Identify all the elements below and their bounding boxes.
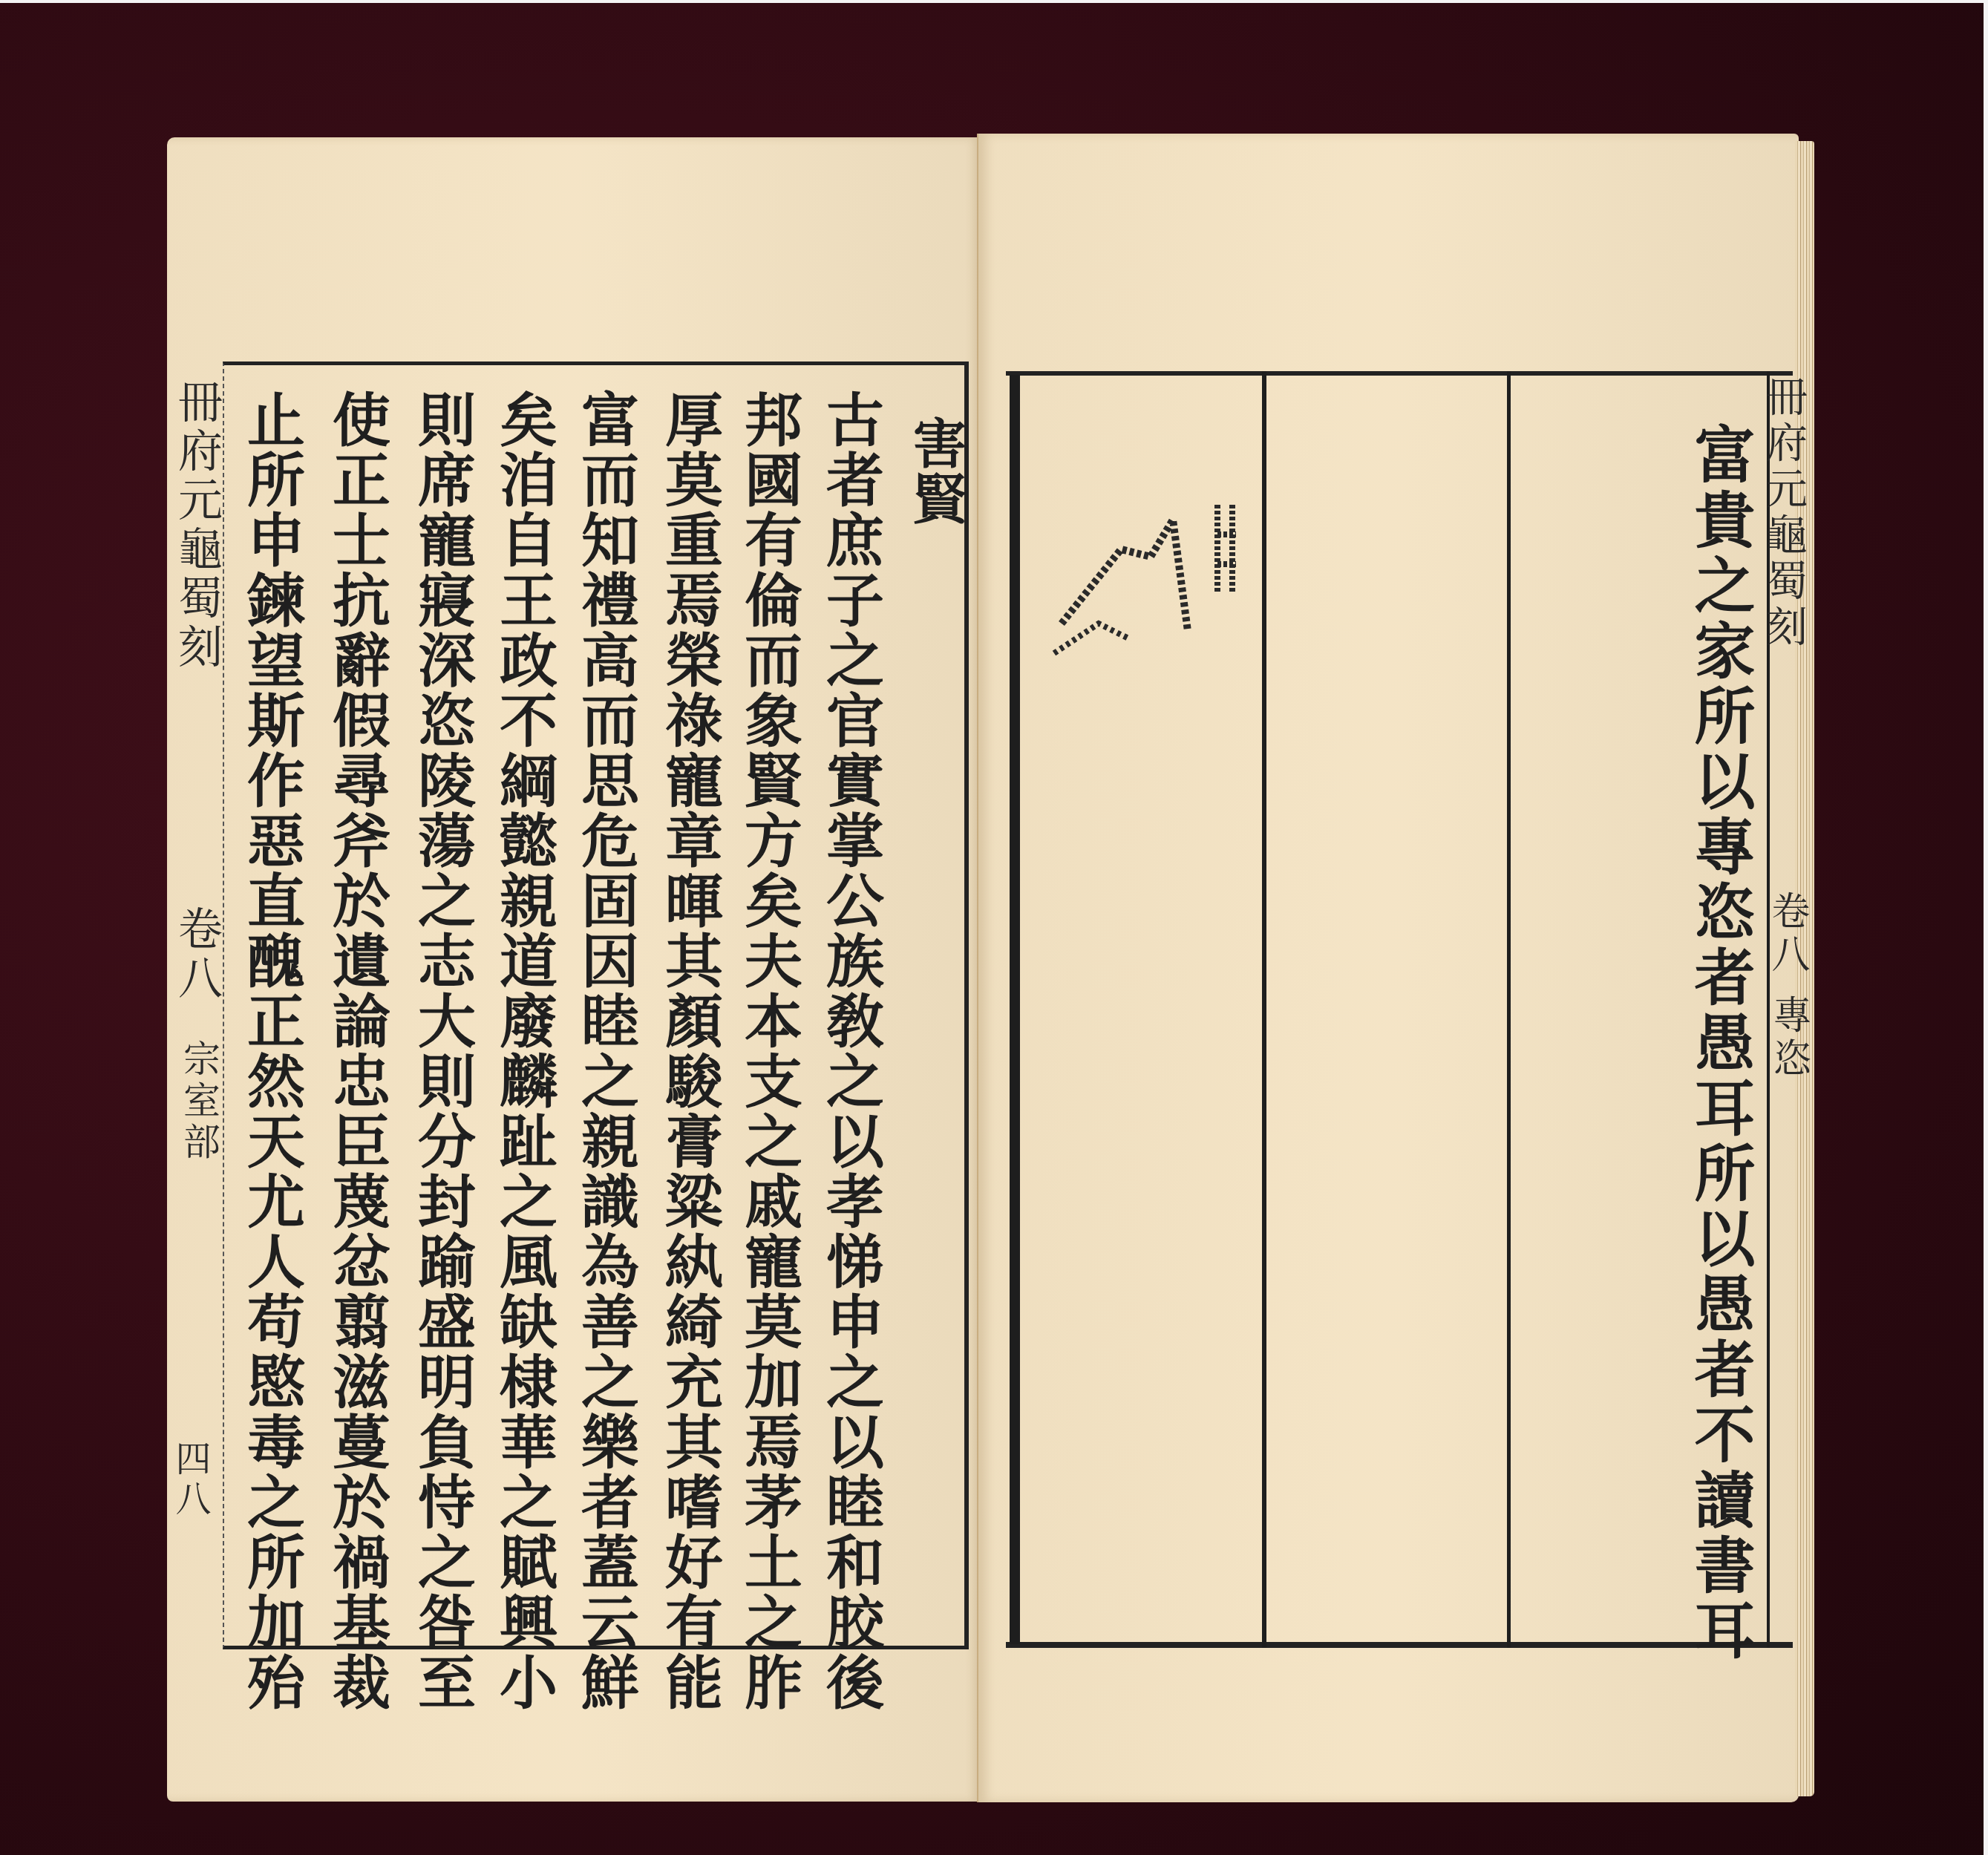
show-through-text [1128,416,1191,843]
column-divider-line [1507,371,1511,1648]
text-column-2: 邦國有倫而象賢方矣夫本支之戚寵莫加焉茅土之胙 [731,390,805,1712]
left-margin-volume: 卷八 [165,906,229,1004]
right-margin-title: 冊府元龜蜀刻 [1753,375,1813,651]
section-heading: 害賢 [898,416,972,527]
left-margin-page-number: 四八 [165,1440,216,1520]
text-column-3: 厚莫重焉榮祿寵章暉其顏駿膏粱紈綺充其嗜好有能 [652,390,726,1712]
right-margin-volume: 卷八 [1759,891,1815,977]
left-margin-section: 宗室部 [172,1039,226,1164]
column-divider-line [1262,371,1266,1648]
text-column-1: 古者庶子之官實掌公族敎之以孝悌申之以睦和胶後 [813,390,887,1712]
frame-left-border-line [1010,375,1020,1644]
right-text-column-1: 富貴之家所以專恣者愚耳所以愚者不讀書耳 [1679,423,1761,1664]
text-column-6: 則席寵寢深恣陵蕩之志大則分封踰盛明負恃之咎至 [405,390,479,1712]
scan-right-border [1984,0,1988,1855]
text-column-4: 富而知禮高而思危固因睦之親識為善之樂者蓋云鮮 [568,390,642,1712]
text-column-8: 止所申鍊望斯作惡直醜正然天尤人苟愍毒之所加殆 [234,390,308,1712]
text-column-7: 使正士抗辭假尋斧於遺論忠臣蔑忿翦滋蔓於禍基裁 [319,390,393,1712]
scan-top-border [0,0,1988,3]
left-margin-title: 冊府元龜蜀刻 [165,379,229,673]
text-column-5: 矣洎自王政不綱懿親道廢麟趾之風缺棣華之賦興小 [486,390,560,1712]
right-margin-section: 專恣 [1761,995,1817,1081]
